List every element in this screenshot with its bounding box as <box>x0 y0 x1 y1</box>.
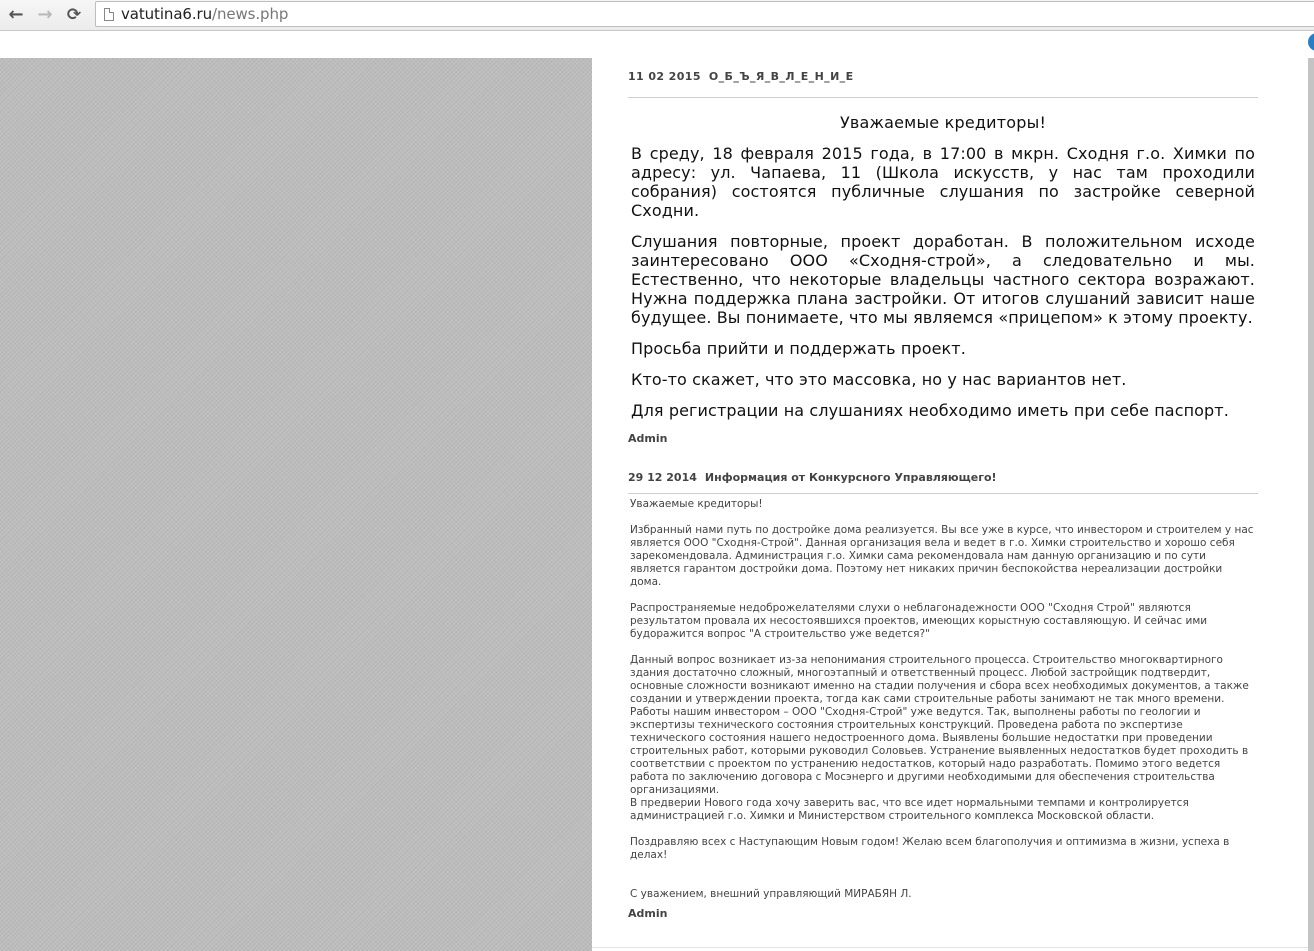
news-paragraph: Распространяемые недоброжелателями слухи… <box>630 602 1256 641</box>
news-item: 29 12 2014Информация от Конкурсного Упра… <box>628 471 1258 937</box>
news-paragraph: Слушания повторные, проект доработан. В … <box>631 232 1255 327</box>
news-paragraph: Поздравляю всех с Наступающим Новым годо… <box>630 836 1256 862</box>
news-paragraph: Данный вопрос возникает из-за непонимани… <box>630 654 1256 797</box>
reload-icon[interactable]: ⟳ <box>63 4 85 26</box>
news-author: Admin <box>628 432 1258 462</box>
news-paragraph: Уважаемые кредиторы! <box>630 498 1256 511</box>
news-paragraph: Просьба прийти и поддержать проект. <box>631 339 1255 358</box>
url-text[interactable]: vatutina6.ru/news.php <box>121 5 288 23</box>
news-title[interactable]: О_Б_Ъ_Я_В_Л_Е_Н_И_Е <box>709 70 854 83</box>
url-path: /news.php <box>212 5 288 23</box>
news-paragraph: Для регистрации на слушаниях необходимо … <box>631 401 1255 420</box>
news-date: 29 12 2014 <box>628 471 697 484</box>
news-author: Admin <box>628 907 1258 937</box>
address-bar[interactable]: vatutina6.ru/news.php <box>95 1 1314 27</box>
page-icon <box>104 8 114 21</box>
news-paragraph: В предверии Нового года хочу заверить ва… <box>630 797 1256 823</box>
left-decorative-panel <box>0 58 592 951</box>
news-header: 11 02 2015О_Б_Ъ_Я_В_Л_Е_Н_И_Е <box>628 58 1258 98</box>
news-header: 29 12 2014Информация от Конкурсного Упра… <box>628 471 1258 494</box>
forward-arrow-icon[interactable]: → <box>34 4 56 26</box>
news-body: Уважаемые кредиторы! Избранный нами путь… <box>628 494 1258 901</box>
bottom-divider <box>592 947 1308 948</box>
news-list: 11 02 2015О_Б_Ъ_Я_В_Л_Е_Н_И_Е Уважаемые … <box>628 58 1258 937</box>
news-paragraph: Избранный нами путь по достройке дома ре… <box>630 524 1256 589</box>
browser-toolbar: ← → ⟳ vatutina6.ru/news.php <box>0 0 1314 31</box>
news-heading: Уважаемые кредиторы! <box>631 113 1255 132</box>
news-body: Уважаемые кредиторы! В среду, 18 февраля… <box>628 113 1258 420</box>
bookmarks-strip <box>0 31 1314 58</box>
url-host: vatutina6.ru <box>121 5 212 23</box>
news-paragraph: В среду, 18 февраля 2015 года, в 17:00 в… <box>631 144 1255 220</box>
news-item: 11 02 2015О_Б_Ъ_Я_В_Л_Е_Н_И_Е Уважаемые … <box>628 58 1258 462</box>
news-title[interactable]: Информация от Конкурсного Управляющего! <box>705 471 997 484</box>
page-right-edge <box>1308 58 1314 951</box>
back-arrow-icon[interactable]: ← <box>5 4 27 26</box>
news-date: 11 02 2015 <box>628 70 701 83</box>
news-signature: С уважением, внешний управляющий МИРАБЯН… <box>630 888 1256 901</box>
news-paragraph: Кто-то скажет, что это массовка, но у на… <box>631 370 1255 389</box>
